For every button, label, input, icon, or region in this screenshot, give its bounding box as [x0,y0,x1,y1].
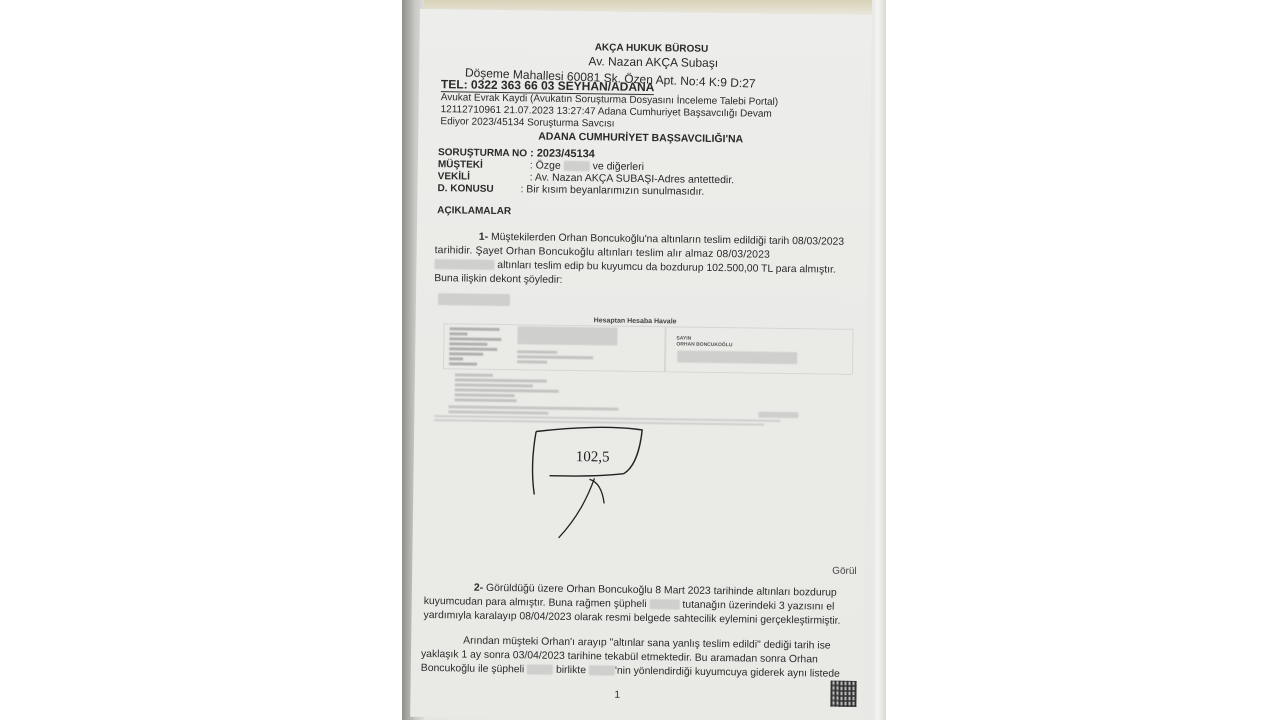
paragraph-2-text: Görüldüğü üzere Orhan Boncukoğlu 8 Mart … [486,583,837,599]
paragraph-2-text-2a: kuyumcudan para almıştır. Buna rağmen şü… [424,596,647,610]
redacted-name [589,666,615,676]
handwritten-amount: 102,5 [576,449,610,465]
document-page: AKÇA HUKUK BÜROSU Av. Nazan AKÇA Subaşı … [410,9,872,720]
redacted-name [650,599,680,609]
handwritten-annotation: 102,5 [412,9,872,575]
paragraph-2-line-3: yardımıyla karalayıp 08/04/2023 olarak r… [423,610,840,627]
paragraph-2-number: 2- [474,583,483,594]
margin-fragment: Görül [832,566,857,577]
paragraph-3-line-3: Boncukoğlu ile şüpheli birlikte 'nin yön… [421,663,840,680]
paragraph-3-text-3b: birlikte [556,665,586,676]
paragraph-2-line-1: 2- Görüldüğü üzere Orhan Boncukoğlu 8 Ma… [474,583,837,599]
paragraph-3-line-1: Arından müşteki Orhan'ı arayıp "altınlar… [463,636,831,652]
paper-right-edge [872,0,886,720]
paragraph-3-text-3a: Boncukoğlu ile şüpheli [421,663,525,675]
redacted-name [527,665,553,675]
paragraph-2-text-2b: tutanağın üzerindeki 3 yazısını el [682,600,834,613]
paragraph-3-text-3c: 'nin yönlendirdiği kuyumcuya giderek ayn… [615,666,840,680]
document-photo: AKÇA HUKUK BÜROSU Av. Nazan AKÇA Subaşı … [402,0,886,720]
qr-code [830,681,856,707]
page-number: 1 [614,690,620,701]
